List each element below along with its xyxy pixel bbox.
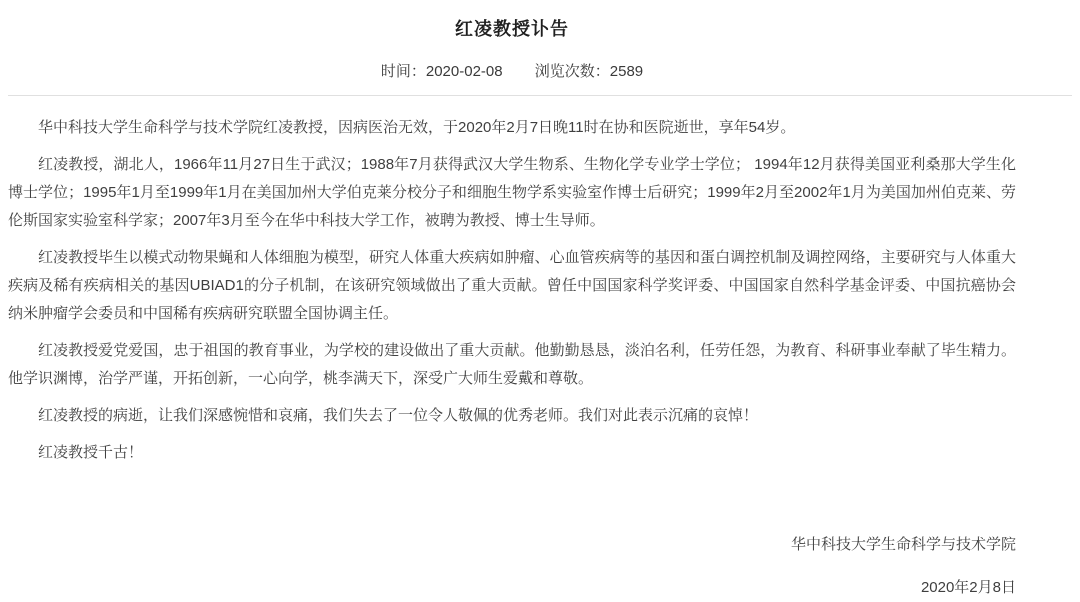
obituary-page: 红凌教授讣告 时间：2020-02-08 浏览次数：2589 华中科技大学生命科… (0, 0, 1080, 602)
obituary-paragraph-condolence: 红凌教授的病逝，让我们深感惋惜和哀痛，我们失去了一位令人敬佩的优秀老师。我们对此… (8, 402, 1016, 430)
page-header: 红凌教授讣告 时间：2020-02-08 浏览次数：2589 (8, 0, 1016, 81)
page-title: 红凌教授讣告 (8, 0, 1016, 41)
obituary-paragraph-farewell: 红凌教授千古！ (8, 439, 1016, 467)
meta-line: 时间：2020-02-08 浏览次数：2589 (8, 63, 1016, 81)
meta-time-value: 2020-02-08 (426, 63, 503, 80)
obituary-paragraph-biography: 红凌教授，湖北人，1966年11月27日生于武汉；1988年7月获得武汉大学生物… (8, 151, 1016, 235)
meta-views-label: 浏览次数： (535, 63, 610, 80)
obituary-paragraph-research: 红凌教授毕生以模式动物果蝇和人体细胞为模型，研究人体重大疾病如肿瘤、心血管疾病等… (8, 244, 1016, 328)
signature-organization: 华中科技大学生命科学与技术学院 (8, 531, 1016, 559)
signature-date: 2020年2月8日 (8, 574, 1016, 602)
obituary-paragraph-tribute: 红凌教授爱党爱国，忠于祖国的教育事业，为学校的建设做出了重大贡献。他勤勤恳恳，淡… (8, 337, 1016, 393)
obituary-content: 华中科技大学生命科学与技术学院红凌教授，因病医治无效，于2020年2月7日晚11… (8, 96, 1016, 602)
meta-time-label: 时间： (381, 63, 426, 80)
obituary-paragraph-death-notice: 华中科技大学生命科学与技术学院红凌教授，因病医治无效，于2020年2月7日晚11… (8, 114, 1016, 142)
signature-block: 华中科技大学生命科学与技术学院 2020年2月8日 (8, 531, 1016, 602)
meta-views-value: 2589 (610, 63, 643, 80)
